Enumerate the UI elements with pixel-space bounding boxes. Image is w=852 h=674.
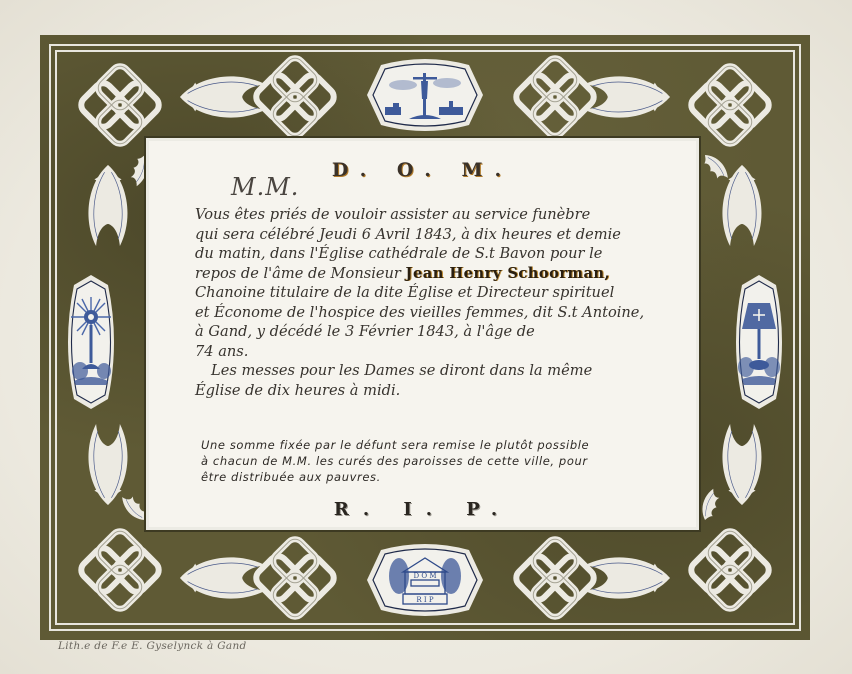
- knot-top-left: [78, 63, 163, 148]
- alms-notice: Une somme fixée par le défunt sera remis…: [201, 437, 691, 485]
- tomb-rip-icon: D O M R I P: [363, 540, 487, 620]
- text-panel: D. O. M. M.M. Vous êtes priés de vouloir…: [146, 138, 699, 530]
- name-suffix: ,: [605, 265, 611, 282]
- body-line: Église de dix heures à midi.: [195, 381, 705, 401]
- svg-text:D O M: D O M: [414, 572, 437, 580]
- body-line: Chanoine titulaire de la dite Église et …: [195, 283, 705, 303]
- body-line: qui sera célébré Jeudi 6 Avril 1843, à d…: [195, 225, 705, 245]
- body-line: repos de l'âme de Monsieur: [195, 265, 401, 282]
- monstrance-icon: [60, 273, 122, 411]
- printer-credit: Lith.e de F.e E. Gyselynck à Gand: [58, 640, 247, 652]
- body-line: à Gand, y décédé le 3 Février 1843, à l'…: [195, 322, 705, 342]
- notice-line: être distribuée aux pauvres.: [201, 469, 691, 485]
- deceased-name: Jean Henry Schoorman: [406, 265, 605, 282]
- body-line-with-name: repos de l'âme de Monsieur Jean Henry Sc…: [195, 264, 705, 284]
- body-line: et Économe de l'hospice des vieilles fem…: [195, 303, 705, 323]
- altar-lamp-icon: [728, 273, 790, 411]
- body-line: 74 ans.: [195, 342, 705, 362]
- body-line: Vous êtes priés de vouloir assister au s…: [195, 205, 705, 225]
- invitation-body: Vous êtes priés de vouloir assister au s…: [195, 205, 705, 400]
- footer-rip: R. I. P.: [149, 499, 696, 520]
- body-line: du matin, dans l'Église cathédrale de S.…: [195, 244, 705, 264]
- notice-line: Une somme fixée par le défunt sera remis…: [201, 437, 691, 453]
- notice-line: à chacun de M.M. les curés des paroisses…: [201, 453, 691, 469]
- body-line: Les messes pour les Dames se diront dans…: [195, 361, 705, 381]
- crucifix-icon: [363, 55, 487, 135]
- salutation: M.M.: [231, 173, 299, 201]
- svg-text:R I P: R I P: [416, 596, 433, 604]
